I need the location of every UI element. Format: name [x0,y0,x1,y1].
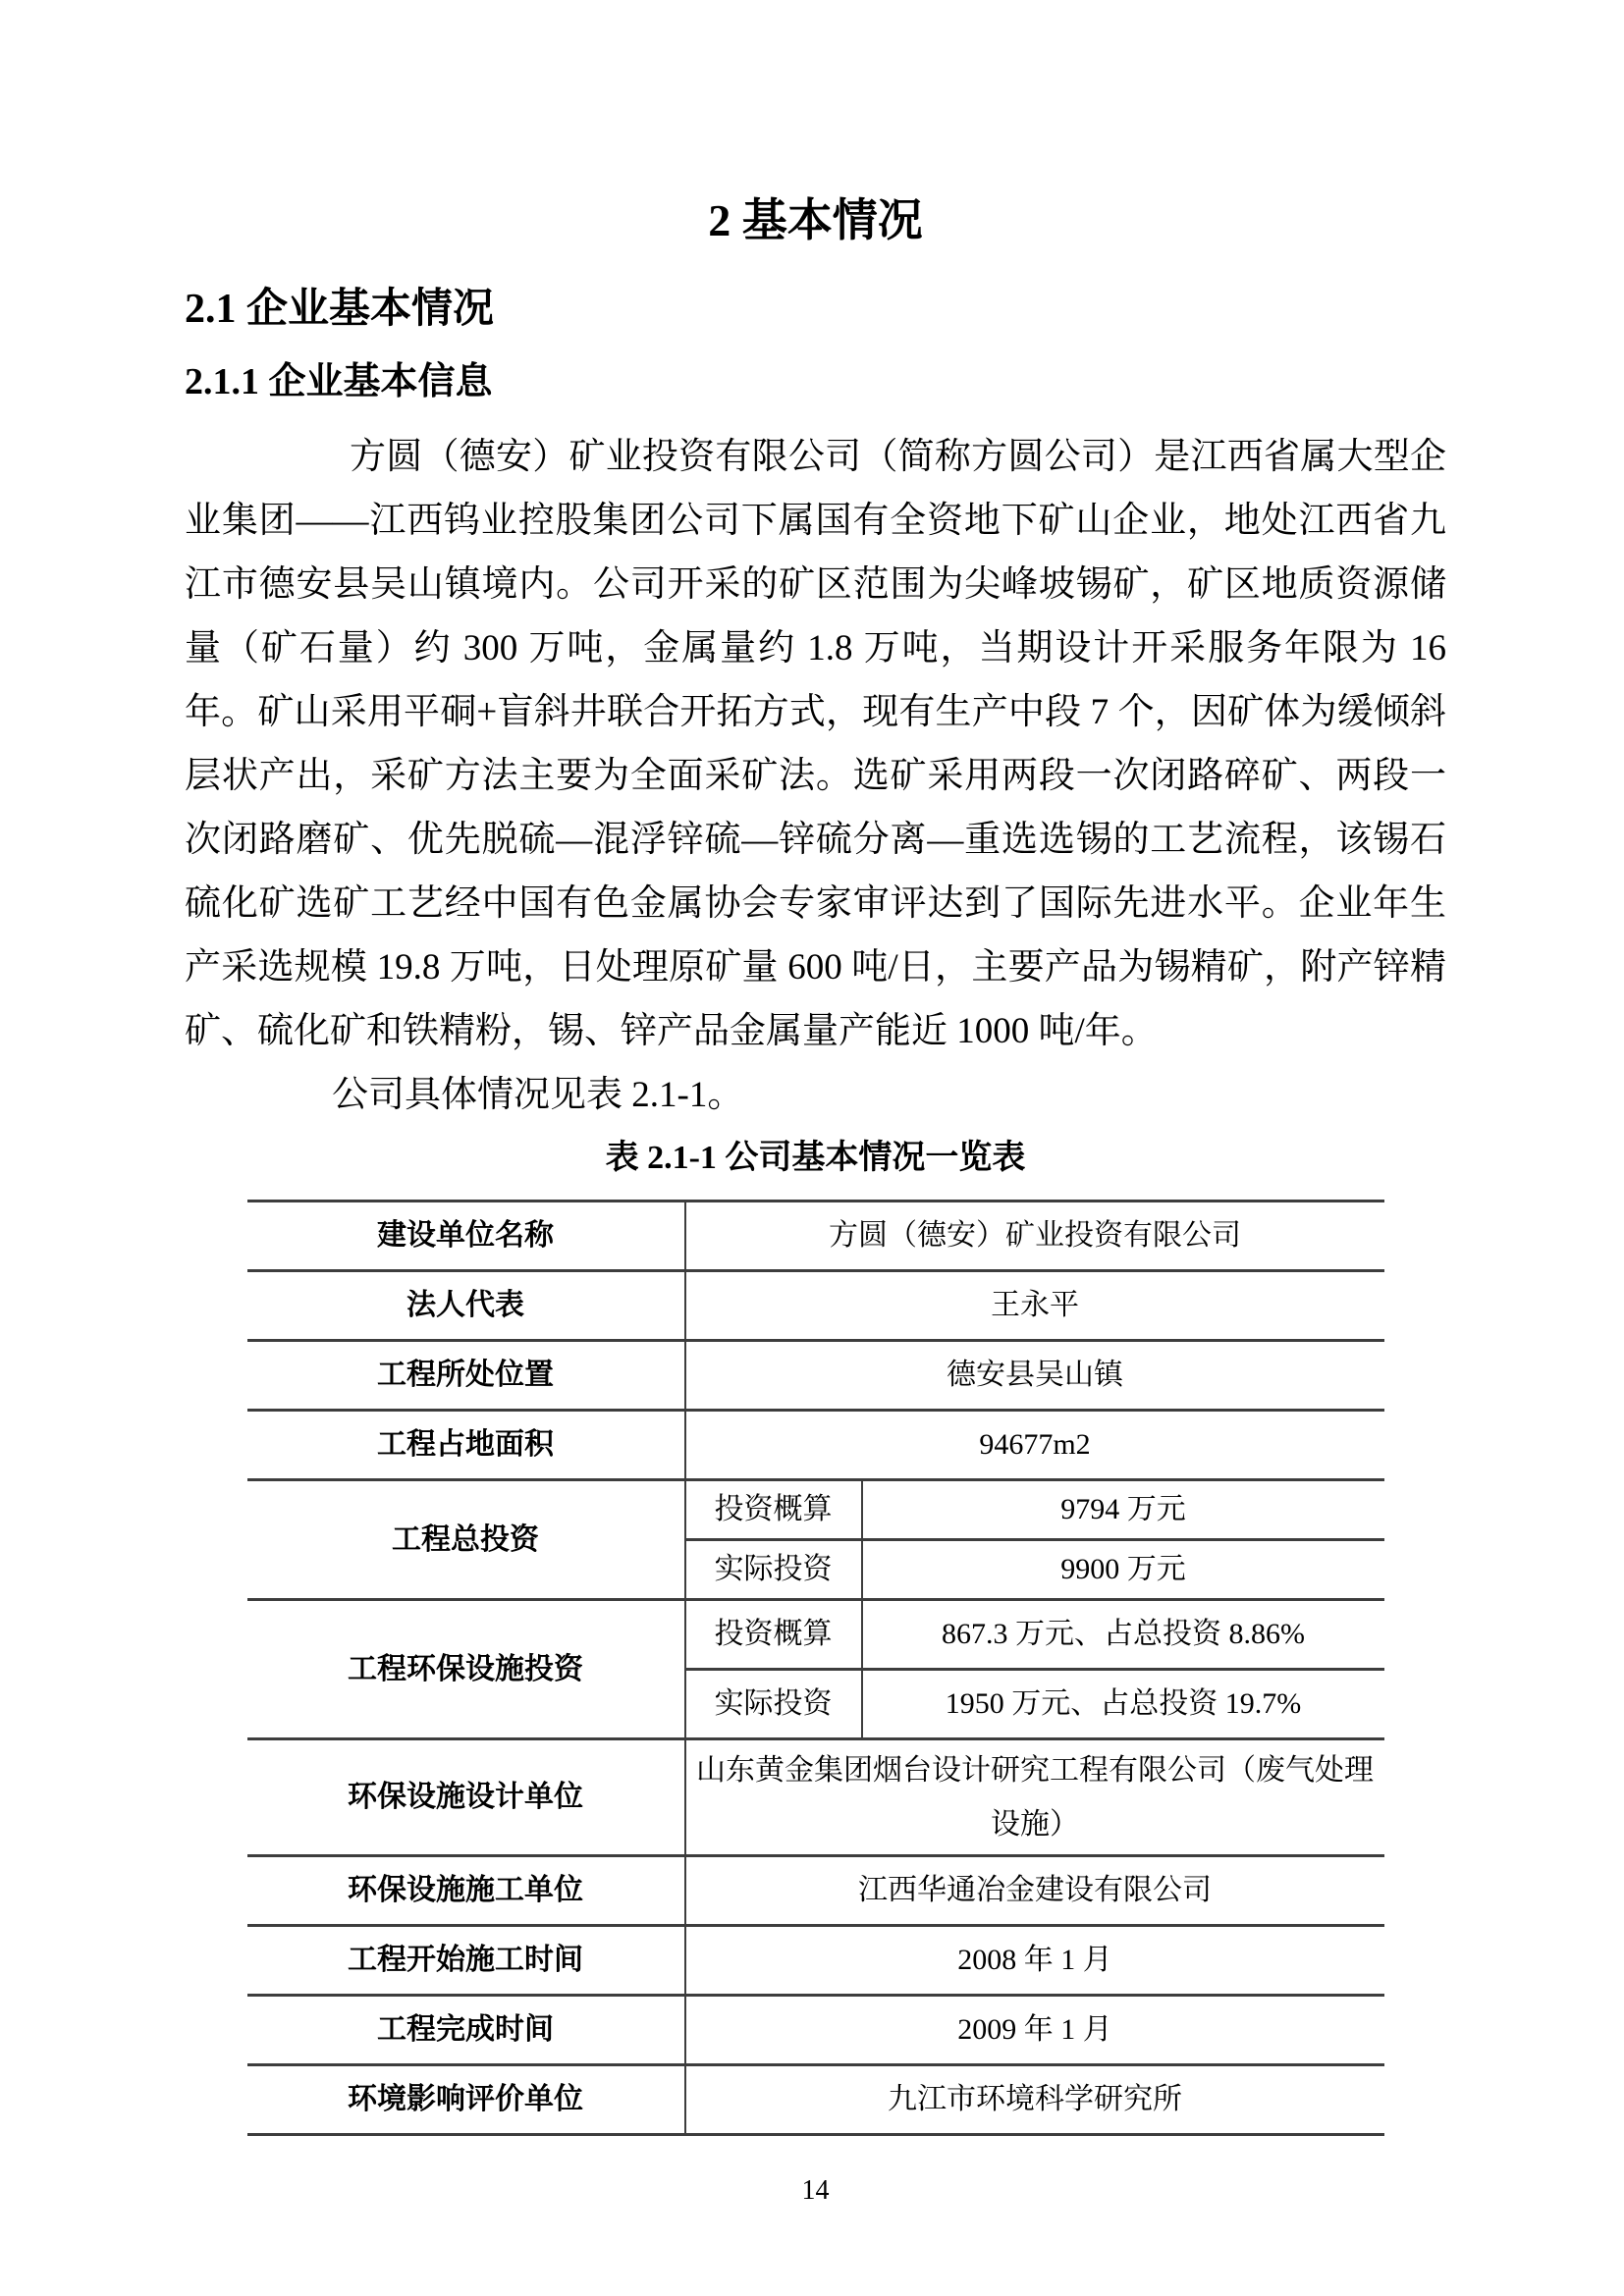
row-value: 方圆（德安）矿业投资有限公司 [685,1201,1384,1271]
table-row: 环保设施设计单位 山东黄金集团烟台设计研究工程有限公司（废气处理设施） [247,1739,1384,1856]
table-row: 工程开始施工时间 2008 年 1 月 [247,1926,1384,1996]
row-label: 环保设施设计单位 [247,1739,685,1856]
table-row: 环境影响评价单位 九江市环境科学研究所 [247,2065,1384,2135]
table-caption: 表 2.1-1 公司基本情况一览表 [185,1136,1446,1181]
chapter-title: 2 基本情况 [185,191,1446,250]
row-label: 工程占地面积 [247,1411,685,1480]
page-number: 14 [185,2175,1446,2207]
sub-row-value: 9794 万元 [862,1480,1384,1540]
sub-row-value: 9900 万元 [862,1540,1384,1600]
sub-row-label: 投资概算 [685,1600,862,1670]
row-value: 德安县吴山镇 [685,1341,1384,1411]
subsection-heading: 2.1.1 企业基本信息 [185,357,1446,406]
sub-row-label: 投资概算 [685,1480,862,1540]
row-label: 法人代表 [247,1271,685,1341]
paragraph-company-intro: 方圆（德安）矿业投资有限公司（简称方圆公司）是江西省属大型企业集团——江西钨业控… [185,425,1446,1063]
table-row: 环保设施施工单位 江西华通冶金建设有限公司 [247,1856,1384,1926]
row-value: 2008 年 1 月 [685,1926,1384,1996]
row-label: 工程完成时间 [247,1996,685,2065]
row-value: 94677m2 [685,1411,1384,1480]
table-row: 工程所处位置 德安县吴山镇 [247,1341,1384,1411]
table-row: 建设单位名称 方圆（德安）矿业投资有限公司 [247,1201,1384,1271]
row-value: 江西华通冶金建设有限公司 [685,1856,1384,1926]
table-row: 工程总投资 投资概算 9794 万元 [247,1480,1384,1540]
row-label: 工程所处位置 [247,1341,685,1411]
row-label: 建设单位名称 [247,1201,685,1271]
table-row: 工程占地面积 94677m2 [247,1411,1384,1480]
row-label: 环保设施施工单位 [247,1856,685,1926]
table-row: 工程环保设施投资 投资概算 867.3 万元、占总投资 8.86% [247,1600,1384,1670]
row-label: 工程总投资 [247,1480,685,1600]
company-info-table: 建设单位名称 方圆（德安）矿业投资有限公司 法人代表 王永平 工程所处位置 德安… [247,1200,1384,2136]
section-heading: 2.1 企业基本情况 [185,283,1446,337]
row-label: 环境影响评价单位 [247,2065,685,2135]
sub-row-label: 实际投资 [685,1540,862,1600]
row-value: 2009 年 1 月 [685,1996,1384,2065]
table-row: 工程完成时间 2009 年 1 月 [247,1996,1384,2065]
document-page: 2 基本情况 2.1 企业基本情况 2.1.1 企业基本信息 方圆（德安）矿业投… [0,0,1624,2296]
paragraph-table-reference: 公司具体情况见表 2.1-1。 [185,1063,1446,1127]
table-row: 法人代表 王永平 [247,1271,1384,1341]
sub-row-value: 867.3 万元、占总投资 8.86% [862,1600,1384,1670]
row-value: 王永平 [685,1271,1384,1341]
sub-row-value: 1950 万元、占总投资 19.7% [862,1670,1384,1739]
row-value: 九江市环境科学研究所 [685,2065,1384,2135]
row-label: 工程开始施工时间 [247,1926,685,1996]
row-label: 工程环保设施投资 [247,1600,685,1739]
row-value: 山东黄金集团烟台设计研究工程有限公司（废气处理设施） [685,1739,1384,1856]
sub-row-label: 实际投资 [685,1670,862,1739]
